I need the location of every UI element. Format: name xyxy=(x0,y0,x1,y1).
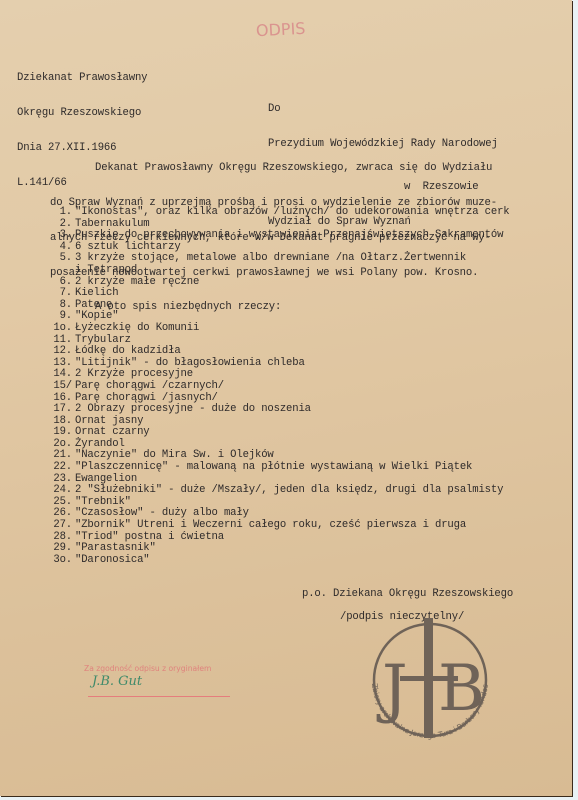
list-item-number: 17. xyxy=(50,404,75,416)
list-item-text: "Ikonostas", oraz kilka obrazów /luźnych… xyxy=(75,207,510,219)
list-item-text: "Daronosica" xyxy=(75,555,150,567)
signature-title: p.o. Dziekana Okręgu Rzeszowskiego xyxy=(302,589,513,601)
list-item: 12.Łódkę do kadzidła xyxy=(50,346,510,358)
body-line: Dekanat Prawosławny Okręgu Rzeszowskiego… xyxy=(50,163,560,175)
list-item-continuation: i Tetrapod xyxy=(50,265,510,277)
list-item: 1o.Łyżeczkię do Komunii xyxy=(50,323,510,335)
list-item-text: "Plaszczennicę" - malowaną na płótnie wy… xyxy=(75,462,472,474)
list-item: 8.Patenę xyxy=(50,300,510,312)
recipient-to: Do xyxy=(268,104,498,116)
list-item-text: Kielich xyxy=(75,288,118,300)
list-item: 22."Plaszczennicę" - malowaną na płótnie… xyxy=(50,462,510,474)
list-item-text: Parę chorągwi /czarnych/ xyxy=(75,381,224,393)
list-item: 3o."Daronosica" xyxy=(50,555,510,567)
list-item: 15/Parę chorągwi /czarnych/ xyxy=(50,381,510,393)
list-item-number: 3o. xyxy=(50,555,75,567)
list-item-number: 15/ xyxy=(50,381,75,393)
list-item: 6.2 krzyże małe ręczne xyxy=(50,277,510,289)
list-item: 7.Kielich xyxy=(50,288,510,300)
list-item-number: 22. xyxy=(50,462,75,474)
list-item-text: 2 "Służebniki" - duże /Mszały/, jeden dl… xyxy=(75,485,503,497)
list-item: 1."Ikonostas", oraz kilka obrazów /luźny… xyxy=(50,207,510,219)
sender-name: Dziekanat Prawosławny xyxy=(17,73,147,85)
list-item-number: 27. xyxy=(50,520,75,532)
list-item-text: "Zbornik" Utreni i Weczerni całego roku,… xyxy=(75,520,466,532)
list-item-number: 5. xyxy=(50,253,75,265)
certification-stamp: Za zgodność odpisu z oryginałem xyxy=(84,663,211,675)
certification-signature: J.B. Gut xyxy=(92,676,142,688)
list-item-number: 7. xyxy=(50,288,75,300)
archive-watermark-logo: J B Zbiory archiwalne Jerzego Tura i Bar… xyxy=(360,618,500,758)
list-item-text: 2 Obrazy procesyjne - duże do noszenia xyxy=(75,404,311,416)
sender-district: Okręgu Rzeszowskiego xyxy=(17,108,147,120)
odpis-stamp: ODPIS xyxy=(256,23,306,37)
list-item-number: 12. xyxy=(50,346,75,358)
document-page: ODPIS Dziekanat Prawosławny Okręgu Rzesz… xyxy=(0,0,572,796)
list-item: 17.2 Obrazy procesyjne - duże do noszeni… xyxy=(50,404,510,416)
list-item: 27."Zbornik" Utreni i Weczerni całego ro… xyxy=(50,520,510,532)
list-item-text: Łyżeczkię do Komunii xyxy=(75,323,199,335)
list-item-number: 1. xyxy=(50,207,75,219)
items-list: 1."Ikonostas", oraz kilka obrazów /luźny… xyxy=(50,207,510,566)
list-item-text: Łódkę do kadzidła xyxy=(75,346,181,358)
certification-underline xyxy=(88,696,230,697)
list-item-number: 1o. xyxy=(50,323,75,335)
